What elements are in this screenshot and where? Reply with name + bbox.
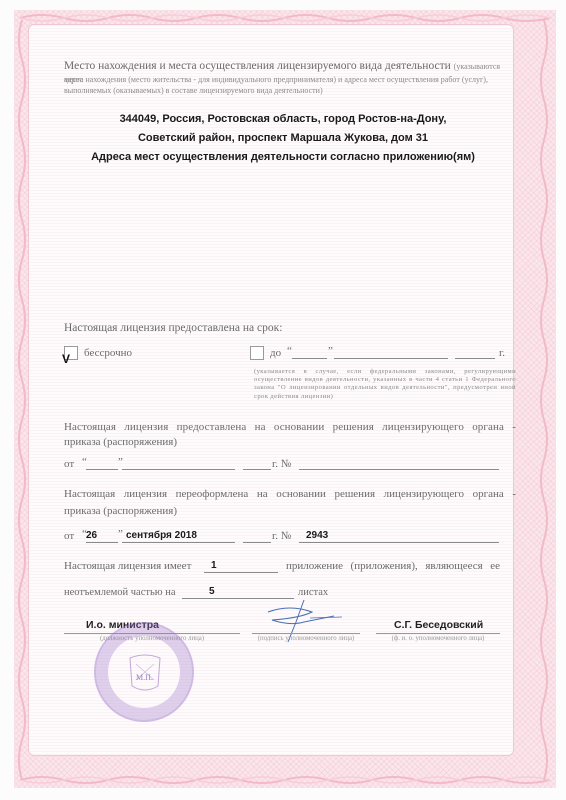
until-day-field[interactable] bbox=[292, 358, 327, 359]
address-line-1: 344049, Россия, Ростовская область, горо… bbox=[0, 113, 566, 125]
reissued-year-no-label: г. № bbox=[272, 530, 291, 542]
term-heading: Настоящая лицензия предоставлена на срок… bbox=[64, 322, 282, 334]
reissued-number-field[interactable] bbox=[299, 542, 499, 543]
license-document: Место нахождения и места осуществления л… bbox=[0, 0, 566, 800]
name-line bbox=[376, 633, 500, 634]
reissued-basis-line2: приказа (распоряжения) bbox=[64, 505, 177, 517]
check-mark: V bbox=[62, 352, 70, 366]
location-note-line3: выполняемых (оказываемых) в составе лице… bbox=[64, 85, 514, 96]
granted-basis-line2: приказа (распоряжения) bbox=[64, 436, 177, 448]
location-note: места нахождения (место жительства - для… bbox=[64, 74, 514, 96]
granted-basis-line1: Настоящая лицензия предоставлена на осно… bbox=[64, 421, 516, 433]
granted-quote-close: ” bbox=[118, 456, 123, 468]
location-heading-text: Место нахождения и места осуществления л… bbox=[64, 60, 451, 72]
address-line-2: Советский район, проспект Маршала Жукова… bbox=[0, 132, 566, 144]
reissued-from-label: от bbox=[64, 530, 74, 542]
until-prefix: до bbox=[270, 347, 281, 359]
granted-year-field[interactable] bbox=[243, 469, 271, 470]
reissued-day-field[interactable] bbox=[86, 542, 118, 543]
reissued-day-value: 26 bbox=[86, 530, 97, 541]
reissued-month-year-field[interactable] bbox=[122, 542, 235, 543]
until-date-checkbox[interactable] bbox=[250, 346, 264, 360]
granted-number-field[interactable] bbox=[299, 469, 499, 470]
seal-label: М.П. bbox=[136, 673, 153, 682]
until-quote-close: ” bbox=[328, 345, 333, 357]
granted-from-label: от bbox=[64, 458, 74, 470]
appendix-text-after: приложение (приложения), являющееся ее bbox=[286, 560, 500, 572]
address-line-3: Адреса мест осуществления деятельности с… bbox=[0, 151, 566, 163]
signature-caption: (подпись уполномоченного лица) bbox=[252, 635, 360, 642]
appendix-text-before: Настоящая лицензия имеет bbox=[64, 560, 191, 572]
indefinite-label: бессрочно bbox=[84, 347, 132, 359]
signature-line bbox=[252, 633, 360, 634]
appendix-line2-after: листах bbox=[298, 587, 328, 598]
reissued-number-value: 2943 bbox=[306, 530, 328, 541]
until-year-suffix: г. bbox=[499, 347, 505, 359]
granted-day-field[interactable] bbox=[86, 469, 118, 470]
granted-quote-open: “ bbox=[82, 456, 87, 468]
granted-month-year-field[interactable] bbox=[122, 469, 235, 470]
appendix-line2-before: неотъемлемой частью на bbox=[64, 587, 175, 598]
until-note: (указывается в случае, если федеральными… bbox=[254, 368, 516, 401]
until-year-field[interactable] bbox=[455, 358, 495, 359]
until-quote-open: “ bbox=[287, 345, 292, 357]
granted-year-no-label: г. № bbox=[272, 458, 291, 470]
reissued-year-field[interactable] bbox=[243, 542, 271, 543]
appendix-count-value: 1 bbox=[211, 560, 217, 571]
signatory-name: С.Г. Беседовский bbox=[394, 619, 483, 631]
location-note-line2: места нахождения (место жительства - для… bbox=[64, 74, 514, 85]
appendix-count-field[interactable] bbox=[204, 572, 278, 573]
reissued-quote-close: ” bbox=[118, 528, 123, 540]
appendix-sheets-value: 5 bbox=[209, 586, 215, 597]
until-month-field[interactable] bbox=[334, 358, 448, 359]
reissued-basis-line1: Настоящая лицензия переоформлена на осно… bbox=[64, 488, 516, 500]
name-caption: (ф. и. о. уполномоченного лица) bbox=[376, 635, 500, 642]
reissued-month-year-value: сентября 2018 bbox=[126, 530, 197, 541]
